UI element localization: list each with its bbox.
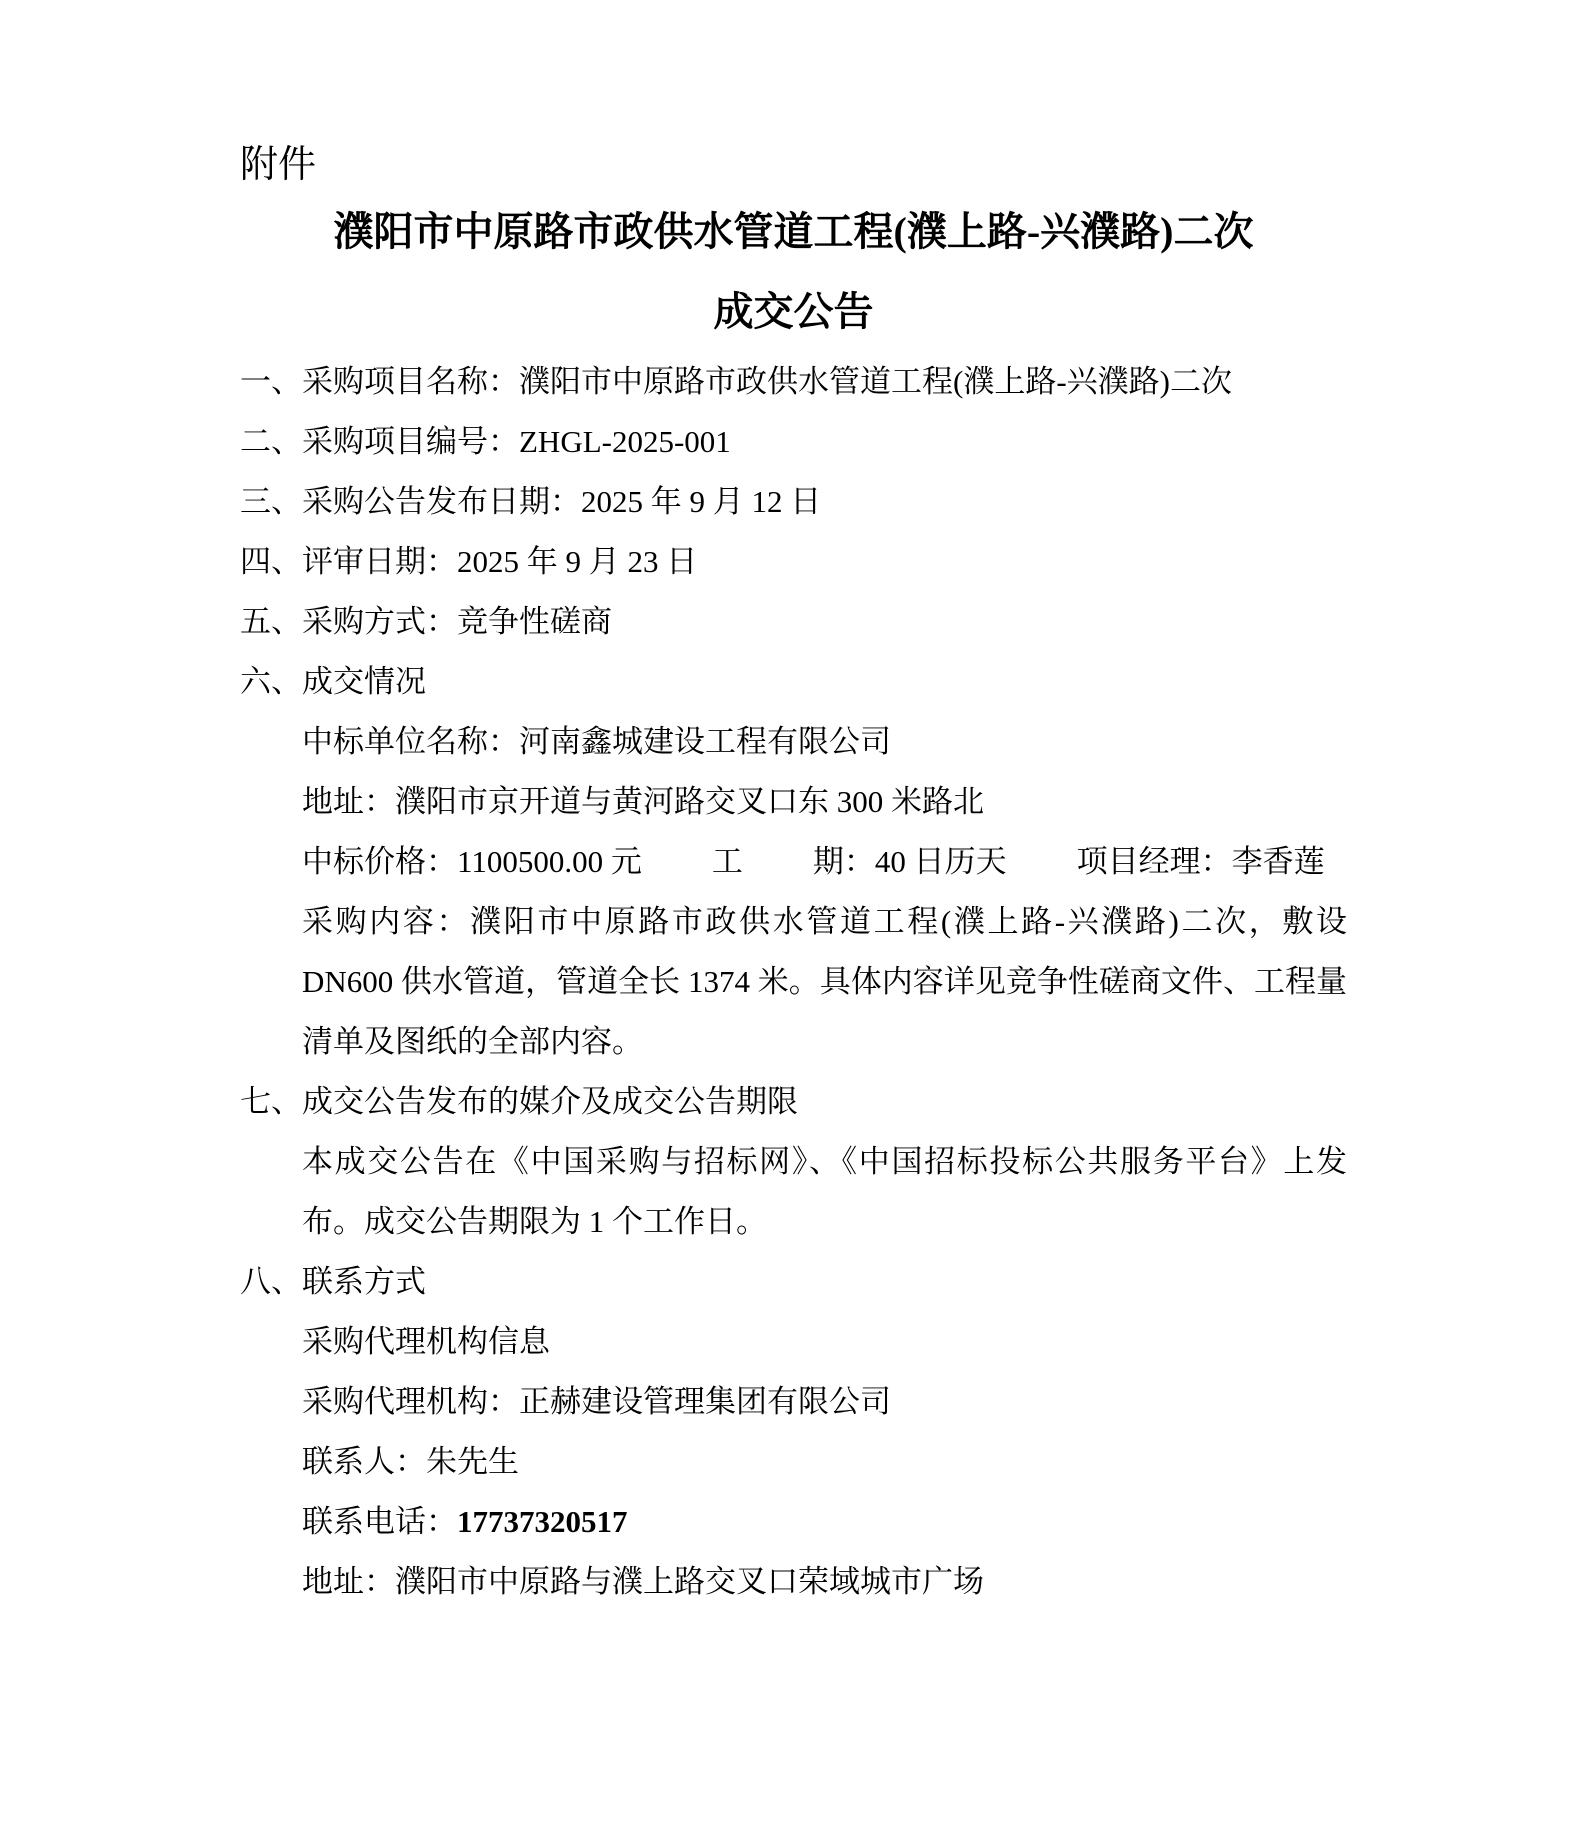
award-price: 中标价格：1100500.00 元 — [302, 844, 642, 879]
award-project-manager: 项目经理：李香莲 — [1077, 844, 1325, 879]
contact-address: 地址：濮阳市中原路与濮上路交叉口荣域城市广场 — [302, 1552, 1347, 1612]
award-content: 采购内容：濮阳市中原路市政供水管道工程(濮上路-兴濮路)二次，敷设 DN600 … — [302, 892, 1347, 1072]
item-review-date: 四、评审日期：2025 年 9 月 23 日 — [240, 532, 1347, 592]
attachment-label: 附件 — [240, 142, 1347, 190]
item-project-number: 二、采购项目编号：ZHGL-2025-001 — [240, 412, 1347, 472]
contact-person: 联系人：朱先生 — [302, 1432, 1347, 1492]
award-duration-label: 工 — [712, 844, 743, 879]
contact-phone-number: 17737320517 — [457, 1504, 628, 1539]
contact-agency-info-label: 采购代理机构信息 — [302, 1312, 1347, 1372]
contact-phone-label: 联系电话： — [302, 1504, 457, 1539]
award-winner-address: 地址：濮阳市京开道与黄河路交叉口东 300 米路北 — [302, 772, 1347, 832]
media-body: 本成交公告在《中国采购与招标网》、《中国招标投标公共服务平台》上发布。成交公告期… — [302, 1132, 1347, 1252]
item-project-name: 一、采购项目名称：濮阳市中原路市政供水管道工程(濮上路-兴濮路)二次 — [240, 352, 1347, 412]
item-contact-heading: 八、联系方式 — [240, 1252, 1347, 1312]
contact-agency: 采购代理机构：正赫建设管理集团有限公司 — [302, 1372, 1347, 1432]
award-price-line: 中标价格：1100500.00 元工期：40 日历天项目经理：李香莲 — [302, 832, 1347, 892]
document-title-line1: 濮阳市中原路市政供水管道工程(濮上路-兴濮路)二次 — [240, 208, 1347, 256]
item-media-heading: 七、成交公告发布的媒介及成交公告期限 — [240, 1072, 1347, 1132]
contact-phone-line: 联系电话：17737320517 — [302, 1492, 1347, 1552]
item-procurement-method: 五、采购方式：竞争性磋商 — [240, 592, 1347, 652]
item-award-heading: 六、成交情况 — [240, 652, 1347, 712]
award-duration-value: 期：40 日历天 — [813, 844, 1007, 879]
document-title-line2: 成交公告 — [240, 288, 1347, 336]
award-winner-name: 中标单位名称：河南鑫城建设工程有限公司 — [302, 712, 1347, 772]
document-page: 附件 濮阳市中原路市政供水管道工程(濮上路-兴濮路)二次 成交公告 一、采购项目… — [0, 0, 1587, 1840]
item-announce-date: 三、采购公告发布日期：2025 年 9 月 12 日 — [240, 472, 1347, 532]
